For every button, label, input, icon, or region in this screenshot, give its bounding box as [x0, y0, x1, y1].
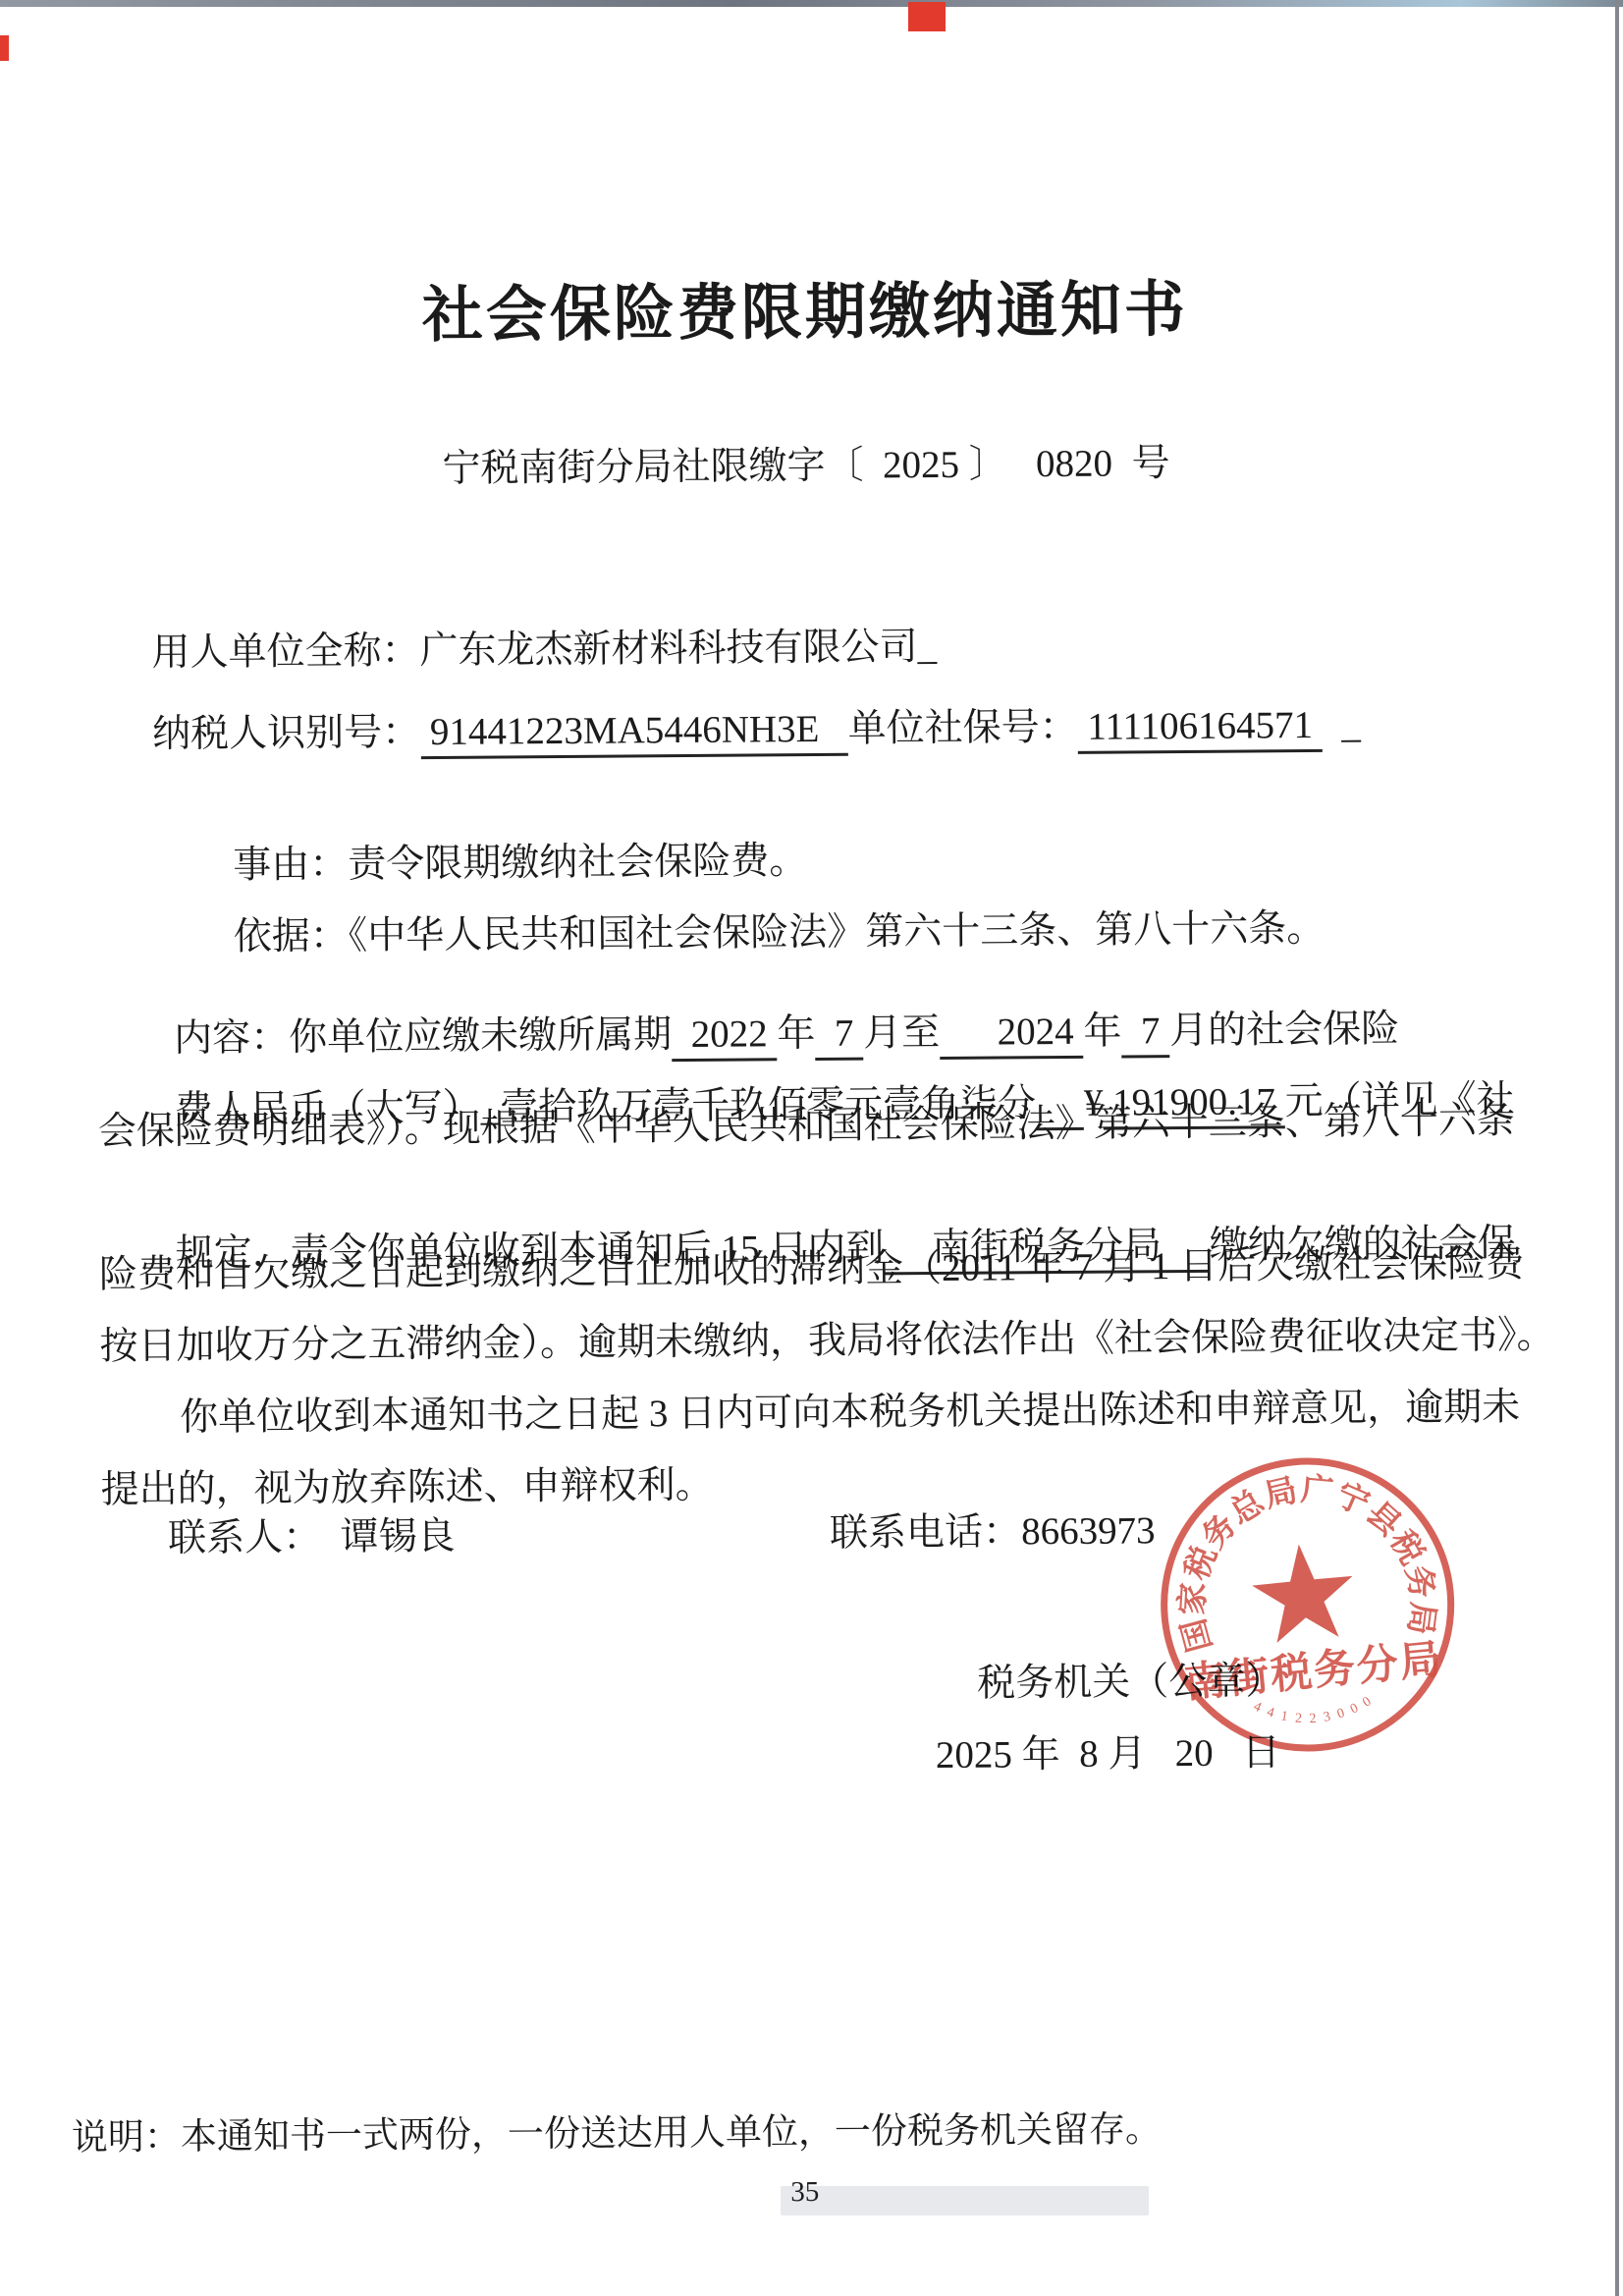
content-line-3: 会保险费明细表》）。现根据《中华人民共和国社会保险法》第六十三条、第八十六条	[98, 1095, 1535, 1177]
period-start-year: 2022	[672, 1012, 778, 1062]
seal-branch-text: 南街税务分局	[1183, 1636, 1445, 1707]
reference-number: 宁税南街分局社限缴字〔 2025 〕 0820 号	[0, 429, 1618, 497]
content-text: 年	[1083, 1011, 1121, 1053]
ssn-suffix: _	[1323, 704, 1361, 746]
ssn-label: 单位社保号：	[847, 706, 1077, 750]
document-title: 社会保险费限期缴纳通知书	[0, 257, 1617, 357]
contact-phone-value: 8663973	[1021, 1509, 1156, 1553]
contact-phone-label: 联系电话：	[830, 1510, 1021, 1555]
contact-person: 联系人： 谭锡良	[168, 1505, 456, 1562]
taxpayer-id-label: 纳税人识别号：	[152, 711, 420, 755]
contact-person-value: 谭锡良	[340, 1515, 455, 1558]
basis-text: 《中华人民共和国社会保险法》第六十三条、第八十六条。	[349, 907, 1325, 957]
content-line-4: 规定，责令你单位收到本通知后 15 日内到 南街税务分局 缴纳欠缴的社会保	[98, 1167, 1535, 1249]
period-start-month: 7	[815, 1012, 863, 1061]
period-end-month: 7	[1121, 1010, 1169, 1058]
period-end-year: 2024	[940, 1011, 1084, 1060]
content-text: 内容：你单位应缴未缴所属期	[174, 1013, 672, 1060]
official-seal: 国家税务总局广宁县税务局 南街税务分局 441223000188	[1136, 1434, 1479, 1777]
page-number: 35	[790, 2176, 819, 2209]
content-text: 月的社会保险	[1169, 1008, 1399, 1052]
scanned-notice-page: 社会保险费限期缴纳通知书 宁税南街分局社限缴字〔 2025 〕 0820 号 用…	[0, 0, 1623, 2296]
content-line-1: 内容：你单位应缴未缴所属期 2022 年 7 月至 2024 年 7 月的社会保…	[96, 952, 1533, 1034]
contact-person-label: 联系人：	[168, 1516, 341, 1559]
taxpayer-line: 纳税人识别号： 91441223MA5446NH3E 单位社保号： 111106…	[94, 650, 1361, 803]
footer-note: 说明：本通知书一式两份，一份送达用人单位，一份税务机关留存。	[72, 2099, 1162, 2160]
taxpayer-id-value: 91441223MA5446NH3E	[420, 708, 848, 759]
content-text: 月至	[863, 1011, 940, 1055]
star-icon	[1249, 1540, 1359, 1645]
ssn-value: 111106164571	[1078, 704, 1324, 754]
content-line-6: 按日加收万分之五滞纳金）。逾期未缴纳，我局将依法作出《社会保险费征收决定书》。	[99, 1310, 1536, 1393]
contact-phone: 联系电话：8663973	[830, 1500, 1156, 1558]
basis-label: 依据：	[234, 915, 349, 958]
content-line-5: 险费和自欠缴之日起到缴纳之日止加收的滞纳金（2011 年 7 月 1 日后欠缴社…	[99, 1238, 1536, 1321]
content-text: 年	[777, 1012, 815, 1055]
